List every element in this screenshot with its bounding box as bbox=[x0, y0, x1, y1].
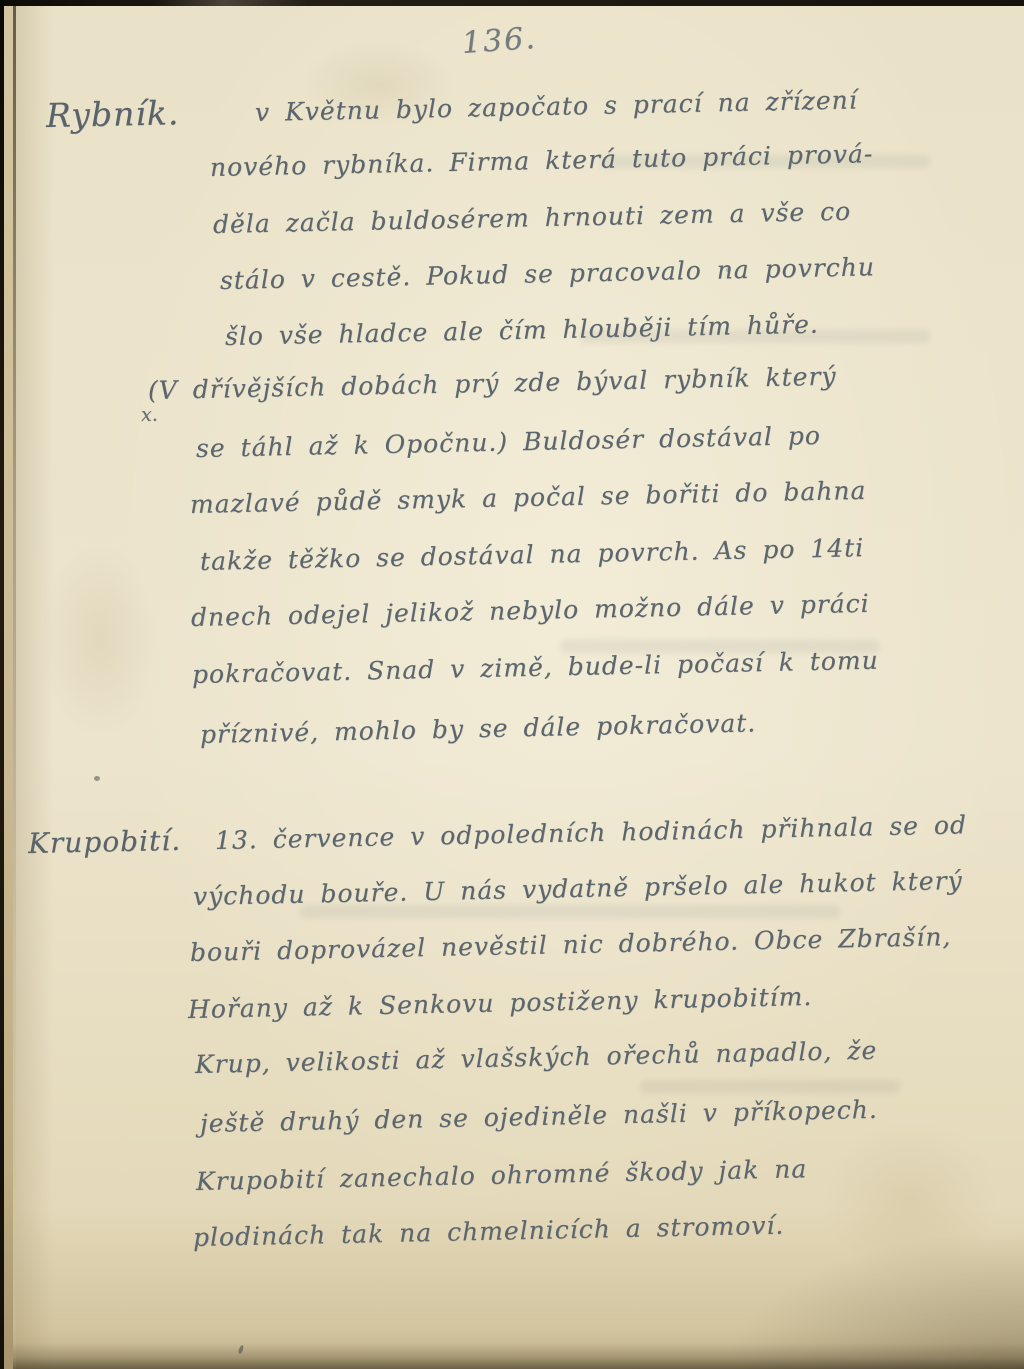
margin-heading-krupobiti: Krupobití. bbox=[28, 824, 182, 860]
photo-top-edge bbox=[0, 0, 1024, 6]
underlying-page-fore-edge bbox=[4, 4, 13, 1369]
margin-heading-rybnik: Rybník. bbox=[46, 93, 180, 135]
page-gutter-line bbox=[13, 5, 16, 1369]
footnote-mark: x. bbox=[141, 404, 158, 426]
page-number: 136. bbox=[461, 21, 538, 61]
ink-bleed-through bbox=[640, 1080, 900, 1093]
ink-speck bbox=[94, 776, 100, 781]
gutter-shading bbox=[16, 0, 54, 1369]
paper-stain bbox=[40, 540, 160, 740]
manuscript-photo: 136. Rybník. v Květnu bylo započato s pr… bbox=[0, 0, 1024, 1369]
book-binding-edge bbox=[0, 0, 4, 1369]
photo-bottom-shadow bbox=[0, 1343, 1024, 1369]
